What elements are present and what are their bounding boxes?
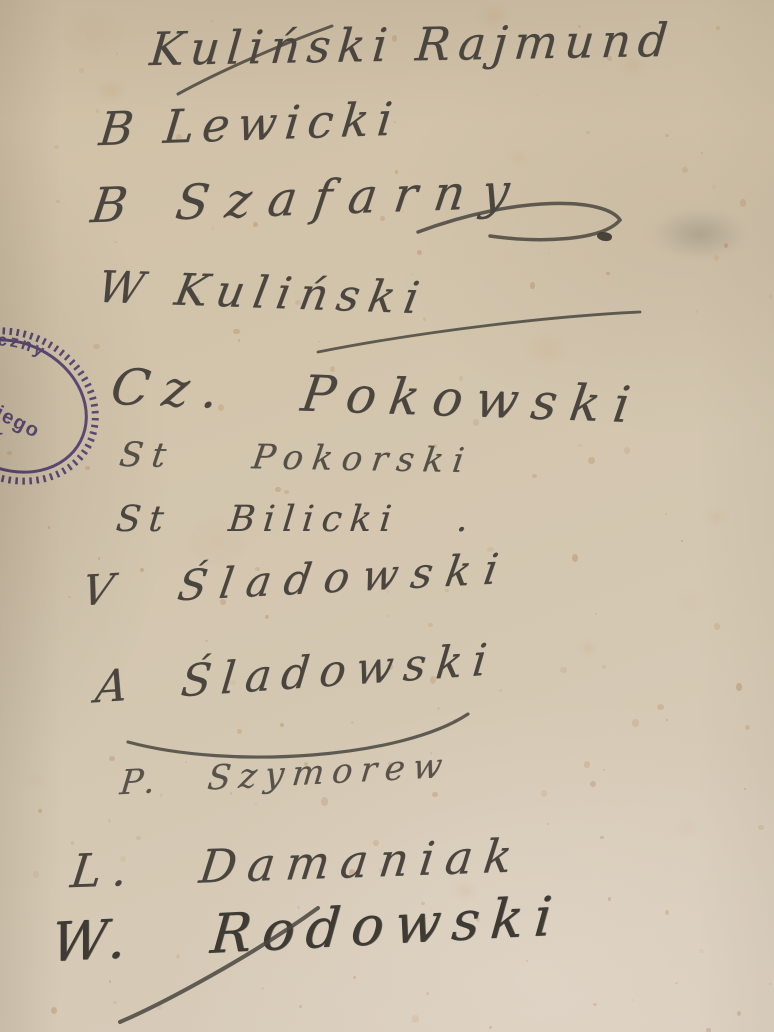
foxing-spot — [665, 513, 667, 515]
foxing-spot — [666, 719, 669, 721]
foxing-spot — [714, 623, 720, 630]
foxing-spot — [321, 797, 328, 806]
foxing-spot — [233, 329, 240, 335]
signature-w-rodowski: W. Rodowski — [49, 889, 565, 970]
foxing-spot — [578, 444, 582, 447]
foxing-spot — [96, 109, 100, 114]
foxing-patch — [676, 819, 699, 837]
foxing-spot — [560, 667, 566, 673]
foxing-spot — [265, 615, 269, 619]
foxing-spot — [417, 250, 423, 256]
foxing-spot — [500, 117, 502, 119]
foxing-spot — [537, 94, 539, 96]
signature-cz-pokowski: Cz. Pokowski — [108, 362, 646, 430]
signature-st-bilicki: St Bilicki . — [114, 502, 478, 538]
foxing-spot — [530, 282, 536, 289]
foxing-spot — [109, 980, 111, 983]
signature-l-damaniak: L. Damaniak — [68, 832, 525, 894]
foxing-spot — [758, 825, 764, 830]
foxing-patch — [704, 507, 729, 527]
foxing-spot — [237, 729, 241, 734]
foxing-spot — [432, 792, 438, 797]
foxing-spot — [590, 781, 596, 787]
foxing-spot — [586, 131, 590, 134]
foxing-spot — [499, 689, 502, 692]
foxing-spot — [675, 982, 678, 985]
foxing-spot — [426, 992, 429, 995]
foxing-spot — [428, 623, 433, 627]
signature-b-lewicki: B Lewicki — [97, 96, 402, 153]
foxing-spot — [632, 999, 634, 1002]
foxing-spot — [769, 983, 771, 985]
foxing-spot — [696, 310, 699, 313]
foxing-spot — [532, 474, 537, 478]
signature-a-sladowski: A Śladowski — [93, 638, 499, 710]
foxing-spot — [593, 1003, 597, 1006]
foxing-spot — [54, 145, 59, 149]
foxing-spot — [353, 976, 356, 979]
foxing-spot — [701, 152, 703, 154]
foxing-spot — [541, 790, 547, 797]
foxing-patch — [578, 640, 599, 657]
signature-p-szymorew: P. Szymorew — [118, 749, 451, 801]
foxing-spot — [489, 1026, 492, 1028]
foxing-spot — [275, 487, 281, 493]
foxing-spot — [33, 871, 39, 878]
pencil-smudge — [652, 208, 748, 260]
signature-b-szafarny: B Szafarny — [88, 167, 529, 230]
stamp-line-skiego: skiego — [0, 390, 44, 442]
foxing-spot — [109, 756, 115, 761]
foxing-spot — [98, 557, 100, 560]
foxing-spot — [548, 252, 550, 254]
foxing-spot — [79, 68, 84, 74]
foxing-spot — [588, 457, 595, 464]
foxing-spot — [681, 540, 683, 542]
signature-v-sladowski: V Śladowski — [79, 548, 514, 613]
foxing-spot — [136, 836, 141, 841]
foxing-patch — [524, 331, 570, 367]
foxing-spot — [744, 788, 747, 790]
foxing-spot — [706, 1028, 712, 1032]
foxing-spot — [595, 613, 597, 616]
foxing-spot — [606, 272, 609, 275]
signature-kulinski-rajmund: Kuliński Rajmund — [148, 17, 676, 72]
foxing-spot — [572, 554, 578, 562]
stamp-line-k: K — [0, 427, 5, 447]
foxing-spot — [261, 987, 264, 990]
foxing-patch — [63, 10, 125, 59]
foxing-spot — [712, 184, 716, 189]
foxing-spot — [412, 1015, 419, 1022]
foxing-spot — [437, 707, 440, 709]
foxing-spot — [38, 809, 42, 813]
foxing-spot — [624, 447, 631, 454]
signature-w-kulinski: W Kuliński — [94, 266, 431, 321]
foxing-spot — [745, 725, 750, 730]
stamp-arc-text: aficzny — [0, 309, 50, 384]
foxing-patch — [96, 78, 127, 103]
foxing-patch — [770, 309, 774, 336]
foxing-spot — [608, 897, 611, 900]
foxing-spot — [85, 466, 89, 470]
foxing-spot — [526, 960, 528, 962]
foxing-spot — [737, 1011, 741, 1016]
foxing-spot — [68, 596, 71, 598]
photographed-document-page: aficzny skiego K ł 4 Kuliński Rajmund B … — [0, 0, 774, 1032]
foxing-spot — [603, 769, 605, 770]
ink-blot — [596, 230, 613, 242]
foxing-spot — [71, 841, 74, 845]
foxing-spot — [682, 167, 688, 173]
foxing-spot — [602, 665, 606, 670]
foxing-spot — [108, 819, 112, 823]
foxing-spot — [632, 719, 638, 727]
foxing-spot — [699, 949, 704, 953]
foxing-spot — [351, 721, 354, 724]
foxing-spot — [255, 803, 257, 805]
foxing-spot — [116, 52, 118, 55]
foxing-spot — [769, 294, 773, 298]
foxing-spot — [547, 823, 549, 826]
foxing-spot — [665, 134, 669, 137]
foxing-spot — [113, 1001, 117, 1004]
foxing-spot — [318, 341, 320, 342]
foxing-spot — [157, 1005, 163, 1010]
foxing-spot — [56, 200, 60, 203]
foxing-spot — [716, 26, 721, 30]
foxing-spot — [600, 836, 603, 840]
foxing-spot — [205, 640, 207, 642]
foxing-spot — [51, 1007, 57, 1014]
foxing-spot — [387, 615, 390, 617]
foxing-spot — [280, 723, 285, 727]
foxing-spot — [93, 344, 99, 349]
foxing-spot — [453, 719, 457, 723]
foxing-spot — [284, 490, 289, 494]
foxing-spot — [740, 199, 746, 207]
foxing-spot — [238, 339, 241, 342]
foxing-spot — [665, 910, 669, 914]
foxing-patch — [675, 590, 707, 615]
foxing-spot — [584, 761, 590, 767]
foxing-spot — [736, 683, 743, 690]
foxing-spot — [114, 241, 117, 243]
foxing-spot — [657, 704, 663, 710]
foxing-patch — [26, 772, 48, 790]
foxing-spot — [48, 526, 51, 529]
signature-st-pokorski: St Pokorski — [117, 438, 475, 478]
foxing-spot — [299, 1005, 302, 1008]
